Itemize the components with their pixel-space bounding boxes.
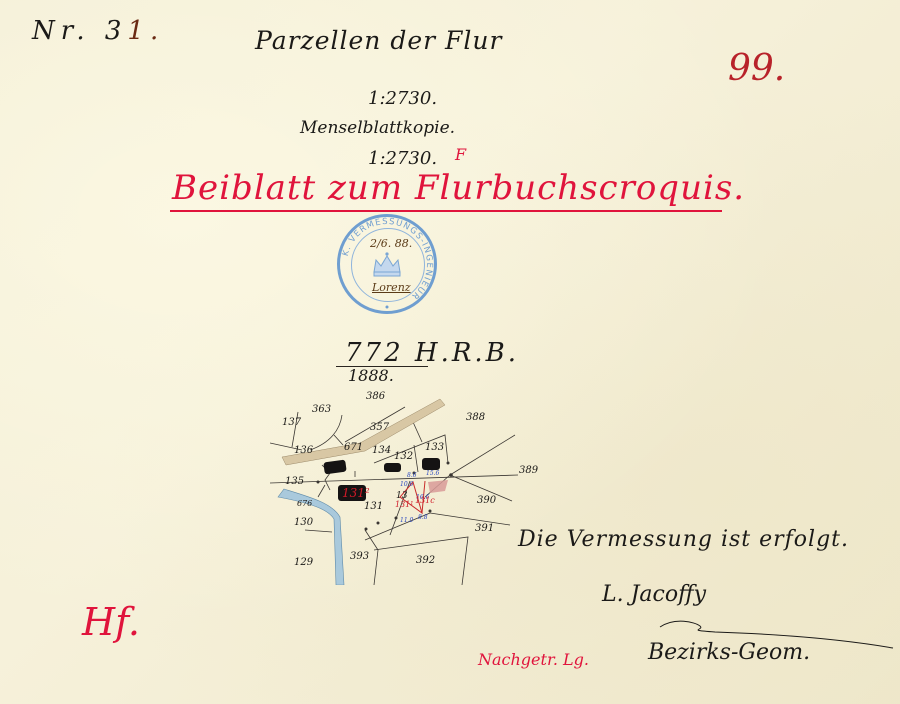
svg-text:15.6: 15.6	[426, 470, 440, 477]
heading: Beiblatt zum Flurbuchscroquis.	[172, 168, 745, 208]
svg-text:357: 357	[370, 422, 390, 433]
svg-text:133: 133	[425, 442, 444, 453]
svg-text:131²: 131²	[342, 486, 370, 500]
crown-icon	[374, 252, 400, 276]
stamp-ring-text: K. VERMESSUNGS-INGENIEUR	[337, 214, 437, 314]
red-parcel-labels: 131² 131¹ 131c	[342, 486, 435, 509]
svg-text:131: 131	[364, 501, 383, 512]
svg-text:363: 363	[312, 404, 331, 415]
building	[422, 458, 440, 470]
svg-text:131c: 131c	[415, 496, 435, 505]
svg-text:134: 134	[372, 445, 391, 456]
handwritten-title: Bezirks-Geom.	[648, 640, 810, 665]
svg-text:136: 136	[294, 445, 314, 456]
svg-text:389: 389	[519, 465, 539, 476]
number-value: 3	[105, 16, 128, 46]
svg-text:11.0: 11.0	[400, 517, 414, 524]
number-label: Nr.	[32, 16, 91, 46]
handwritten-signature-name: L. Jacoffy	[602, 582, 706, 607]
svg-text:132: 132	[394, 451, 413, 462]
new-parcel-fill	[428, 480, 448, 493]
svg-text:390: 390	[477, 495, 497, 506]
red-initials-bottom: Nachgetr. Lg.	[478, 650, 589, 669]
svg-text:8.6: 8.6	[407, 472, 417, 479]
reference-code: 772 H.R.B.	[345, 338, 519, 368]
building	[323, 460, 346, 475]
heading-underline	[170, 210, 722, 212]
number-suffix: 1.	[127, 16, 164, 46]
svg-text:386: 386	[366, 391, 386, 402]
svg-text:388: 388	[466, 412, 485, 423]
reference-year: 1888.	[348, 366, 394, 385]
svg-text:8.8: 8.8	[418, 514, 428, 521]
svg-text:129: 129	[294, 557, 314, 568]
svg-text:392: 392	[416, 555, 435, 566]
svg-text:391: 391	[475, 523, 494, 534]
document-subtitle: Menselblattkopie.	[300, 118, 455, 138]
svg-text:676: 676	[297, 499, 312, 508]
scale-mark: F	[455, 145, 466, 164]
red-initials-left: Hf.	[82, 600, 140, 644]
svg-text:135: 135	[285, 476, 304, 487]
cadastral-map: 8.615.610.6 16.611.08.8 137363386 357388…	[270, 385, 560, 585]
svg-text:393: 393	[350, 551, 369, 562]
page-number: 99.	[728, 48, 785, 89]
scale-top: 1:2730.	[368, 88, 437, 109]
building	[384, 463, 401, 472]
svg-text:671: 671	[344, 442, 363, 453]
svg-text:130: 130	[294, 517, 314, 528]
document-title: Parzellen der Flur	[255, 26, 502, 55]
stamp-signature: Lorenz	[372, 281, 411, 294]
handwritten-note: Die Vermessung ist erfolgt.	[518, 527, 849, 552]
document-number: Nr. 31.	[32, 16, 164, 46]
svg-text:10.6: 10.6	[400, 481, 414, 488]
svg-text:137: 137	[282, 417, 302, 428]
stamp-date: 2/6. 88.	[370, 237, 412, 250]
scale-bottom: 1:2730.	[368, 148, 437, 169]
svg-text:131¹: 131¹	[395, 500, 413, 509]
